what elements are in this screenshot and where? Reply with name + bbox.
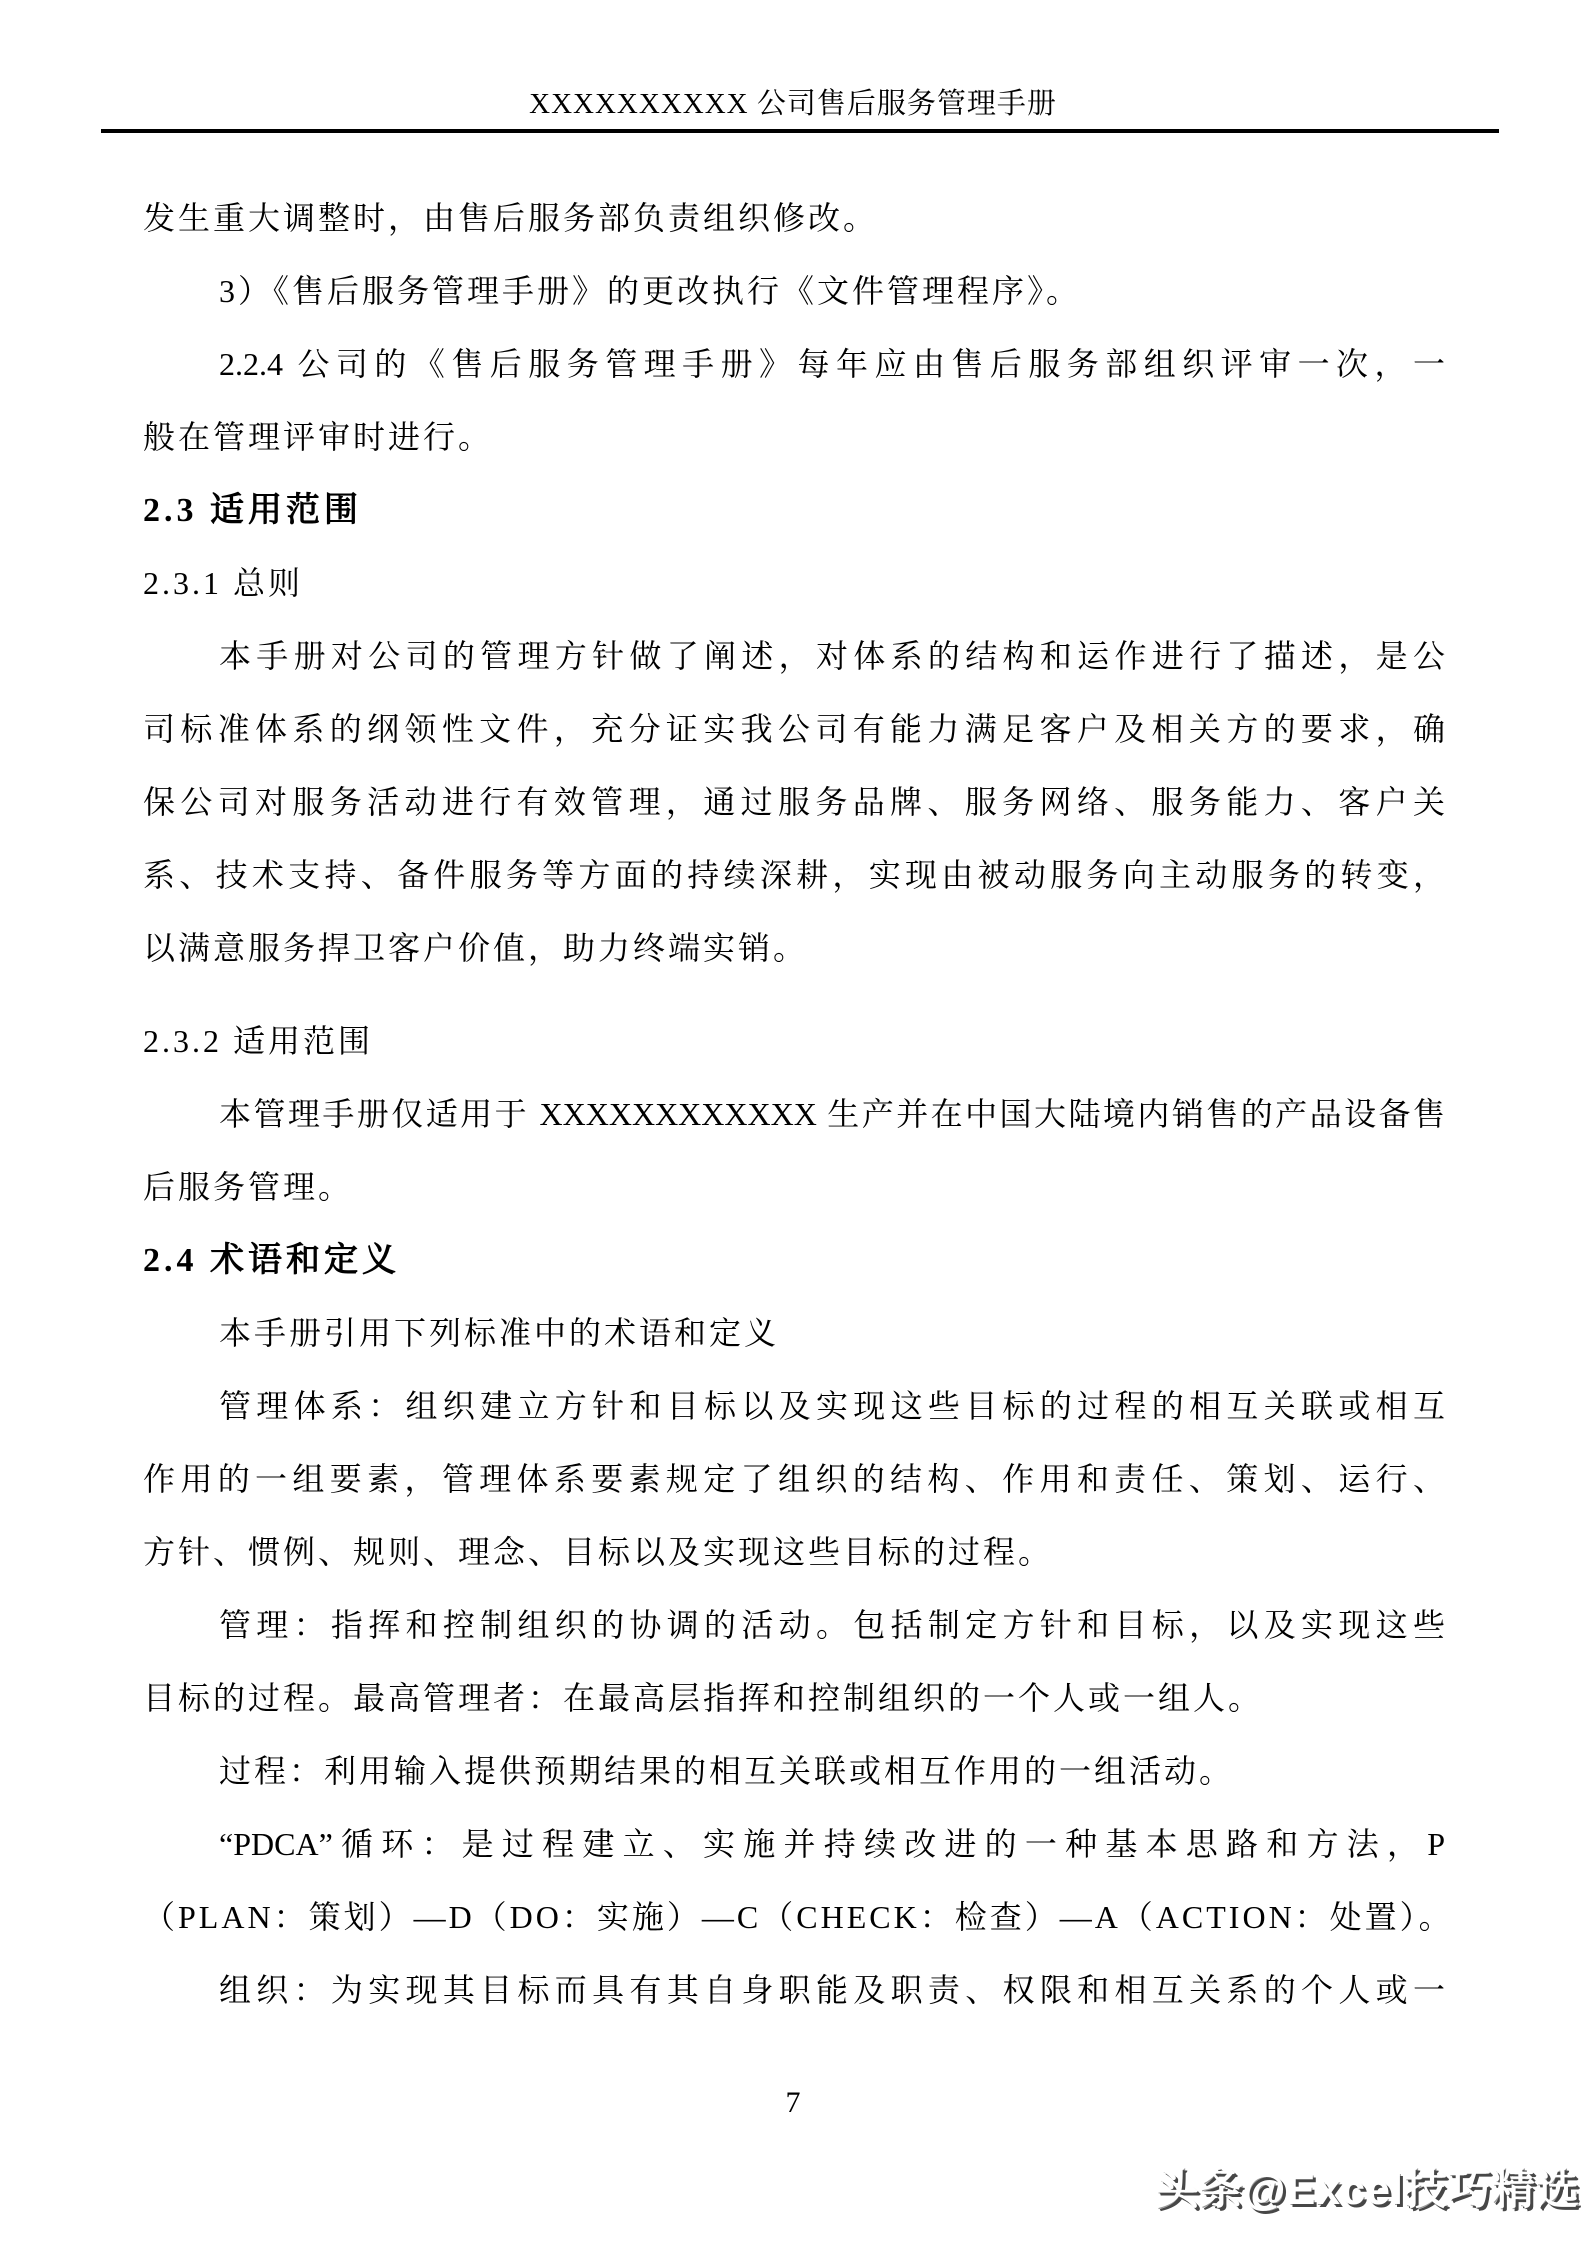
- text-line: 组织：为实现其目标而具有其自身职能及职责、权限和相互关系的个人或一: [143, 1954, 1445, 2027]
- page-number: 7: [0, 2083, 1586, 2123]
- text-line: 保公司对服务活动进行有效管理，通过服务品牌、服务网络、服务能力、客户关: [143, 766, 1445, 839]
- document-body: 发生重大调整时，由售后服务部负责组织修改。 3）《售后服务管理手册》的更改执行《…: [143, 182, 1445, 2027]
- subsection-heading-2-3-2: 2.3.2 适用范围: [143, 1005, 1445, 1078]
- text-line: 管理体系：组织建立方针和目标以及实现这些目标的过程的相互关联或相互: [143, 1370, 1445, 1443]
- text-line: 本手册对公司的管理方针做了阐述，对体系的结构和运作进行了描述，是公: [143, 620, 1445, 693]
- text-line: “PDCA”循环：是过程建立、实施并持续改进的一种基本思路和方法，P: [143, 1808, 1445, 1881]
- text-line: 2.2.4 公司的《售后服务管理手册》每年应由售后服务部组织评审一次，一: [143, 328, 1445, 401]
- text-line: 本手册引用下列标准中的术语和定义: [143, 1297, 1445, 1370]
- text-line: 3）《售后服务管理手册》的更改执行《文件管理程序》。: [143, 255, 1445, 328]
- text-line: 发生重大调整时，由售后服务部负责组织修改。: [143, 182, 1445, 255]
- text-line: （PLAN：策划）—D（DO：实施）—C（CHECK：检查）—A（ACTION：…: [143, 1881, 1445, 1954]
- text-line: 般在管理评审时进行。: [143, 401, 1445, 474]
- watermark: 头条@Excel技巧精选: [1156, 2156, 1580, 2217]
- document-page: XXXXXXXXXX 公司售后服务管理手册 发生重大调整时，由售后服务部负责组织…: [0, 0, 1586, 2242]
- text-line: 以满意服务捍卫客户价值，助力终端实销。: [143, 912, 1445, 985]
- text-line: 方针、惯例、规则、理念、目标以及实现这些目标的过程。: [143, 1516, 1445, 1589]
- subsection-heading-2-3-1: 2.3.1 总则: [143, 547, 1445, 620]
- header-title: XXXXXXXXXX 公司售后服务管理手册: [0, 80, 1586, 128]
- text-line: 管理：指挥和控制组织的协调的活动。包括制定方针和目标，以及实现这些: [143, 1589, 1445, 1662]
- text-line: 作用的一组要素，管理体系要素规定了组织的结构、作用和责任、策划、运行、: [143, 1443, 1445, 1516]
- text-line: 系、技术支持、备件服务等方面的持续深耕，实现由被动服务向主动服务的转变，: [143, 839, 1445, 912]
- section-heading-2-3: 2.3 适用范围: [143, 474, 1445, 547]
- text-line: 目标的过程。最高管理者：在最高层指挥和控制组织的一个人或一组人。: [143, 1662, 1445, 1735]
- text-line: 过程：利用输入提供预期结果的相互关联或相互作用的一组活动。: [143, 1735, 1445, 1808]
- text-line: 本管理手册仅适用于 XXXXXXXXXXXX 生产并在中国大陆境内销售的产品设备…: [143, 1078, 1445, 1151]
- text-line: 后服务管理。: [143, 1151, 1445, 1224]
- header-rule: [101, 129, 1499, 133]
- section-heading-2-4: 2.4 术语和定义: [143, 1224, 1445, 1297]
- text-line: 司标准体系的纲领性文件，充分证实我公司有能力满足客户及相关方的要求，确: [143, 693, 1445, 766]
